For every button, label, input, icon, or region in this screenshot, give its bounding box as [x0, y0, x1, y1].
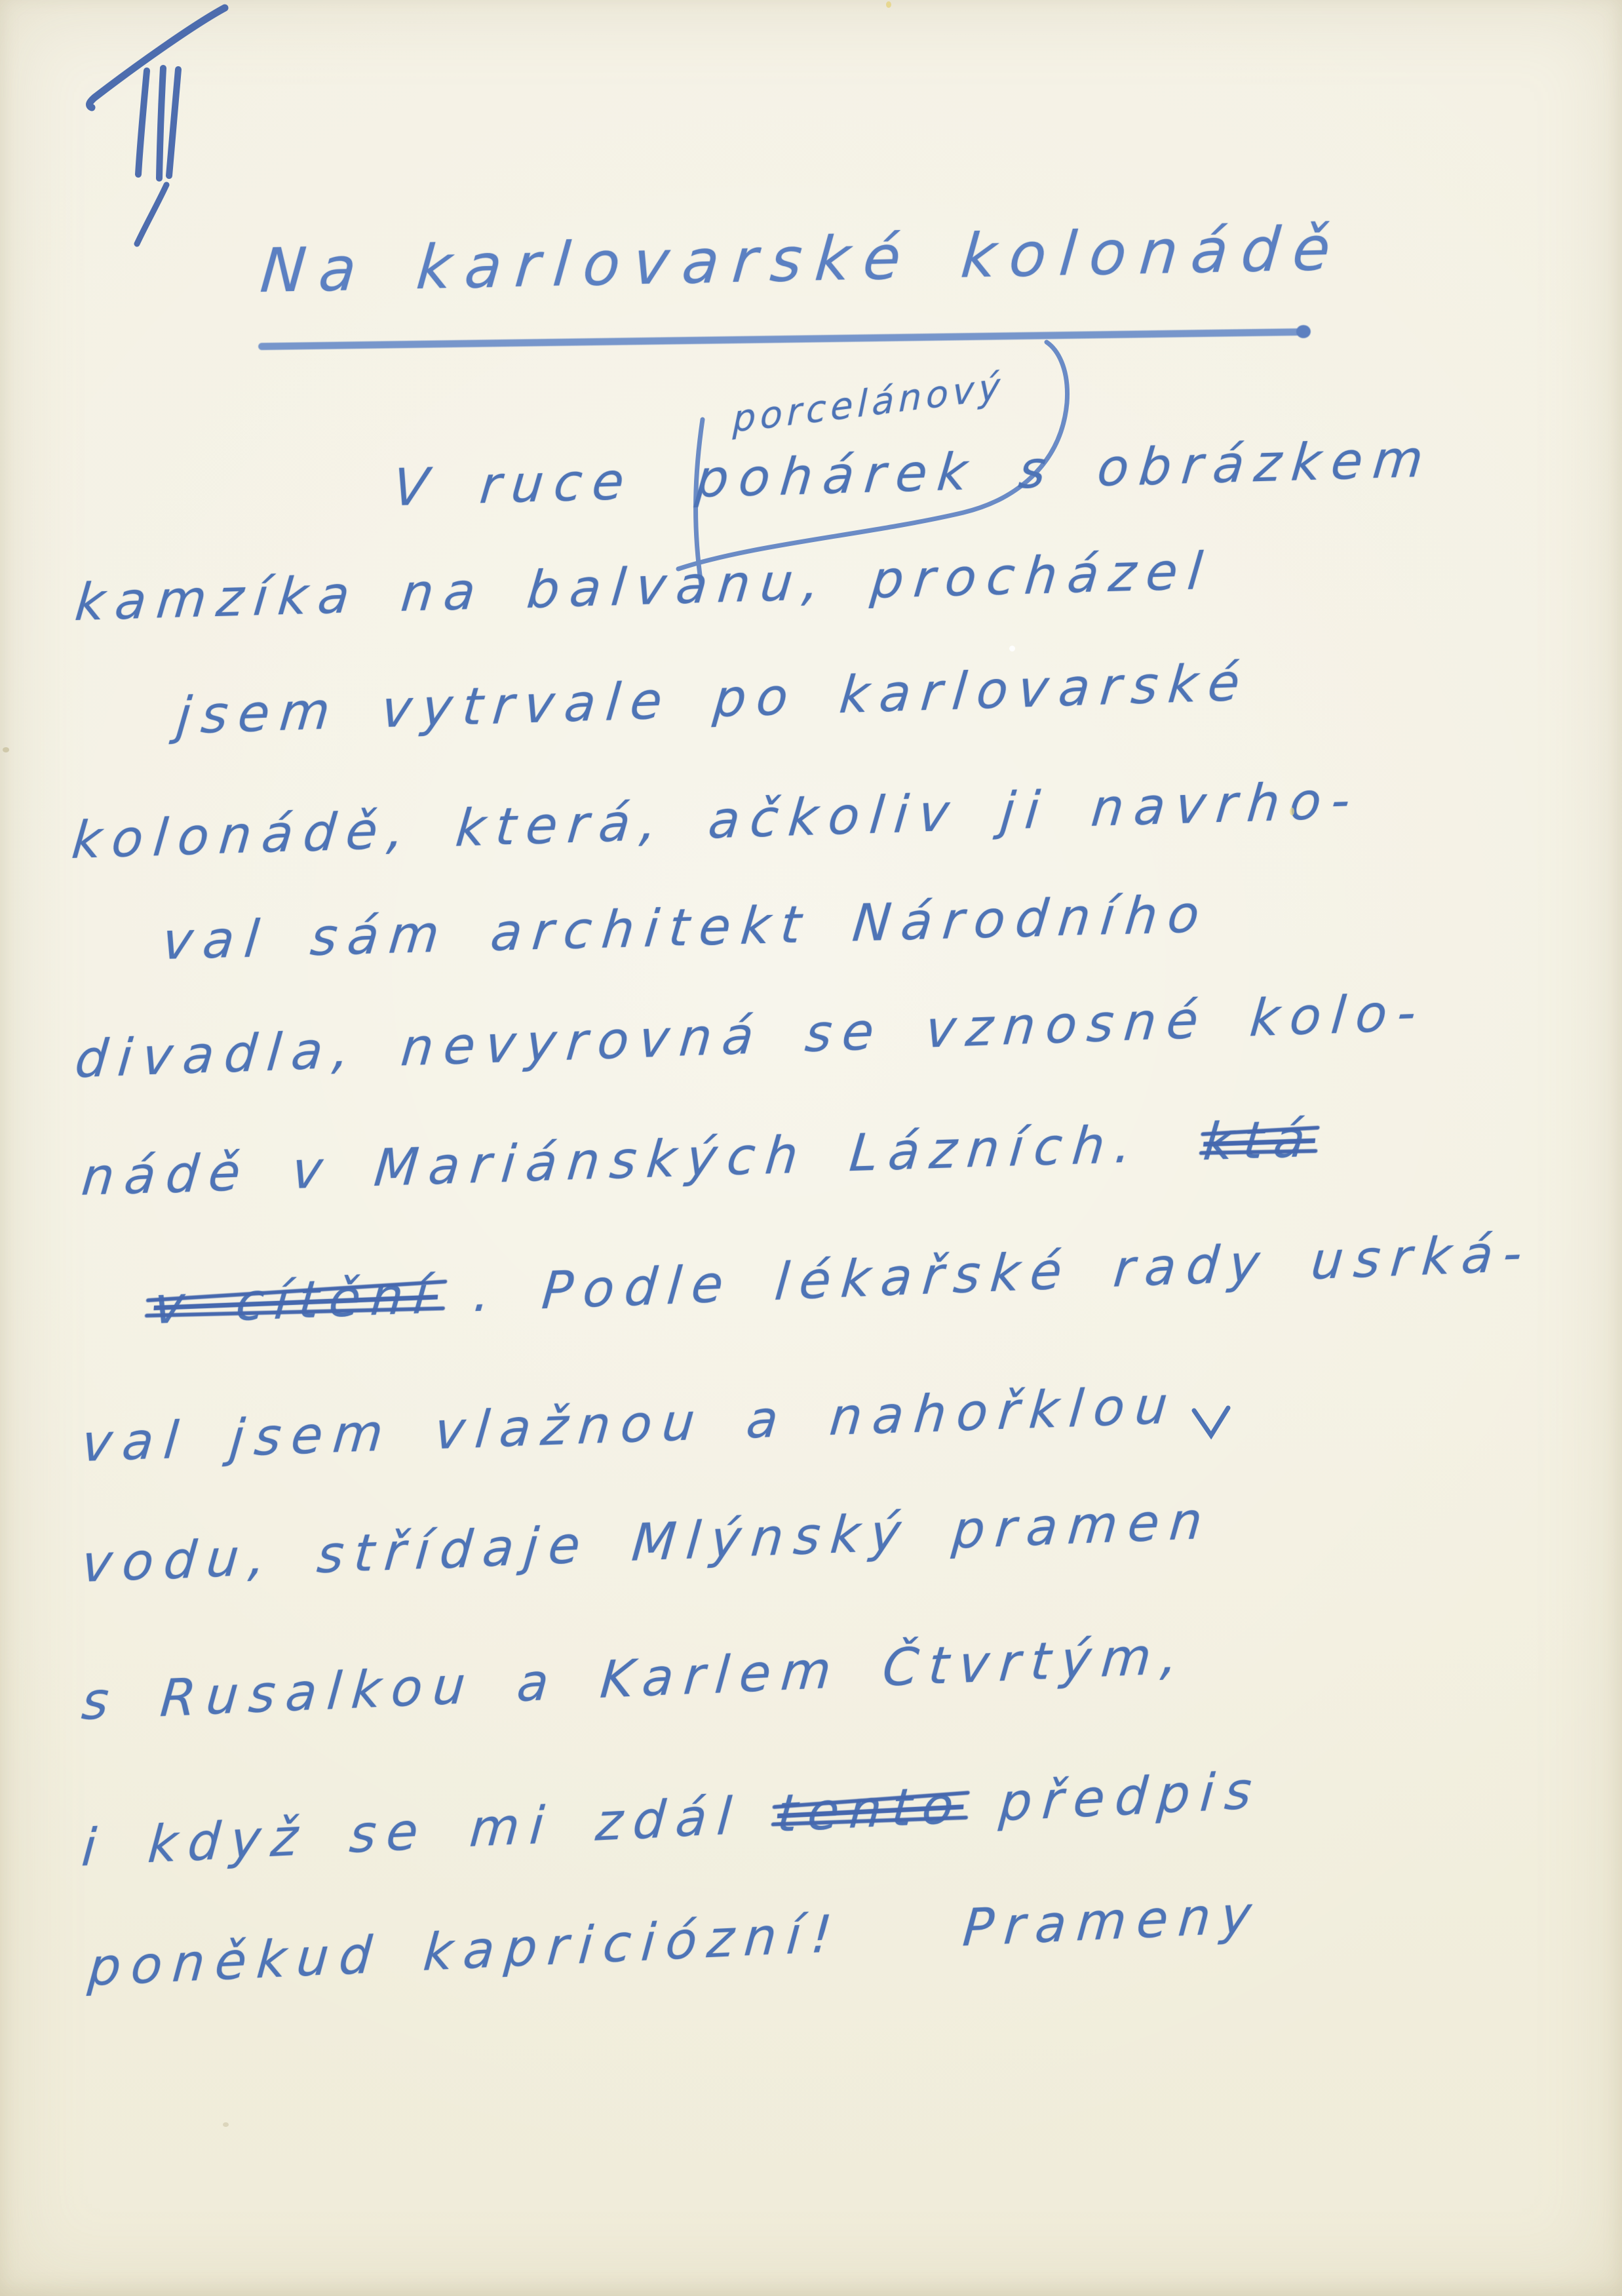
handwritten-line: i když se mi zdáltentopředpis — [80, 1761, 1264, 1878]
line-text: poněkud kapriciózní! — [87, 1905, 845, 1998]
inserted-word: porcelánový — [732, 365, 1005, 442]
line-text: Prameny — [961, 1886, 1264, 1958]
line-text: . Podle lékařské rady usrká- — [471, 1224, 1534, 1323]
handwritten-line: poněkud kapriciózní!Prameny — [87, 1886, 1264, 1998]
handwritten-line: kamzíka na balvanu, procházel — [73, 541, 1215, 632]
handwritten-line: jsem vytrvale po karlovarské — [174, 653, 1252, 746]
title-underline — [258, 328, 1307, 350]
handwritten-line: divadla, nevyrovná se vznosné kolo- — [73, 983, 1429, 1089]
paper-speck — [1290, 807, 1294, 815]
handwritten-line: s Rusalkou a Karlem Čtvrtým, — [79, 1626, 1190, 1732]
line-text: nádě v Mariánských Lázních. — [79, 1115, 1144, 1207]
paper-speck — [223, 2122, 229, 2127]
handwritten-line: kolonádě, která, ačkoliv ji navrho- — [69, 771, 1362, 870]
page-title: Na karlovarské kolonádě — [258, 213, 1346, 306]
handwritten-line: v cítění. Podle lékařské rady usrká- — [151, 1224, 1534, 1336]
line-text: předpis — [997, 1761, 1264, 1833]
struck-phrase: v cítění — [151, 1266, 440, 1336]
roman-numeral-iii-icon — [90, 8, 225, 244]
paper-speck — [3, 747, 9, 752]
line-text: i když se mi zdál — [80, 1787, 744, 1878]
handwritten-line: V rucepohárek s obrázkem — [391, 430, 1436, 518]
paper-speck — [886, 1, 891, 8]
struck-word: ktá — [1201, 1110, 1317, 1173]
hacek-insert-mark-icon — [1194, 1408, 1228, 1435]
handwritten-line: vodu, střídaje Mlýnský pramen — [79, 1492, 1214, 1595]
paper-speck — [1009, 646, 1015, 652]
handwritten-line: val jsem vlažnou a nahořklou — [79, 1376, 1180, 1473]
slash-mark-icon — [137, 185, 166, 244]
line-text: V ruce — [391, 452, 637, 518]
struck-word: tento — [775, 1776, 966, 1844]
manuscript-page: Na karlovarské kolonádě porcelánový V ru… — [0, 0, 1622, 2296]
line-text: pohárek s obrázkem — [693, 430, 1436, 510]
handwritten-line: nádě v Mariánských Lázních.ktá — [79, 1110, 1318, 1207]
handwritten-line: val sám architekt Národního — [160, 885, 1212, 971]
